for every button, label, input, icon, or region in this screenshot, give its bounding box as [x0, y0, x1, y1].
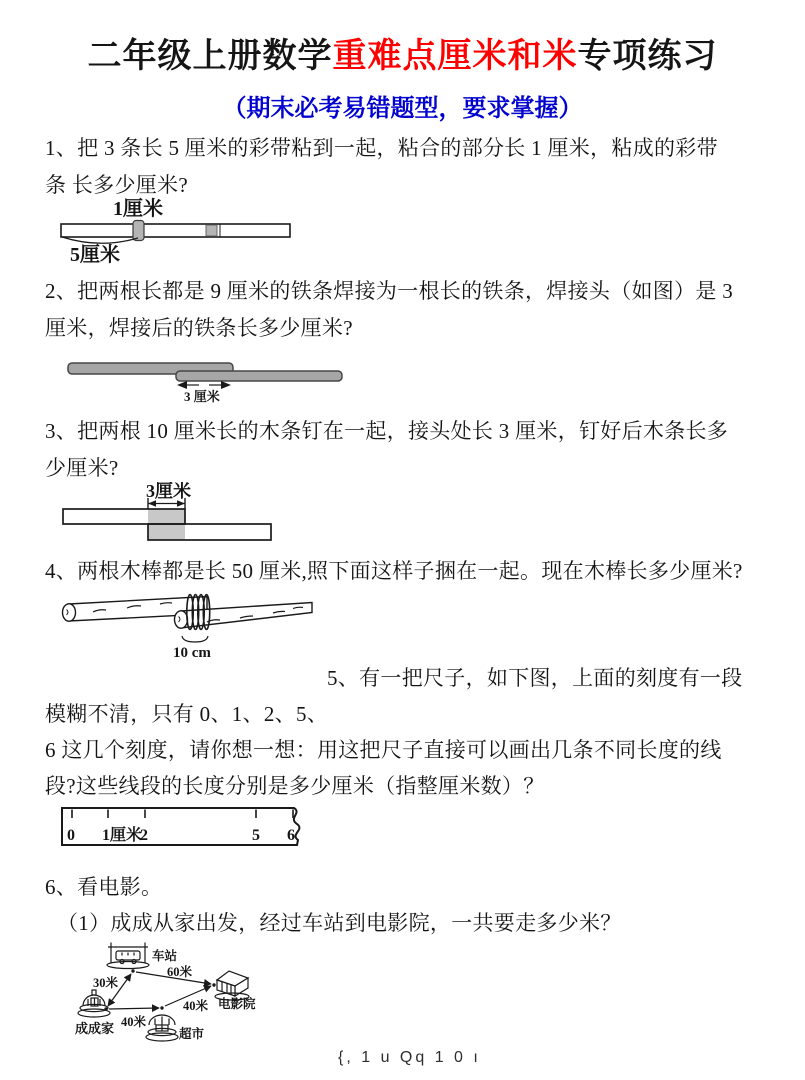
map-distance-market-cinema: 40米 — [183, 998, 209, 1013]
map-cinema-label: 电影院 — [218, 996, 256, 1011]
sticks-diagram: 10 cm — [55, 588, 415, 663]
q6-text-sub1: （1）成成从家出发，经过车站到电影院，一共要走多少米？ — [57, 909, 622, 937]
ribbon-diagram: 1厘米 5厘米 — [58, 197, 378, 271]
map-market-label: 超市 — [179, 1026, 205, 1041]
q2-text-line2: 厘米，焊接后的铁条长多少厘米? — [45, 314, 353, 342]
q3-text-line1: 3、把两根 10 厘米长的木条钉在一起，接头处长 3 厘米，钉好后木条长多 — [45, 417, 728, 445]
title-part-black2: 专项练习 — [578, 38, 718, 75]
ribbon-bottom-label: 5厘米 — [70, 242, 120, 266]
q5-text-line4: 段?这些线段的长度分别是多少厘米（指整厘米数）？ — [45, 772, 545, 800]
q1-text-line2: 条 长多少厘米? — [45, 171, 188, 199]
ribbon-top-label: 1厘米 — [113, 197, 163, 220]
map-diagram: 车站 电影院 成成家 超市 30米 60米 40米 40米 — [45, 938, 325, 1050]
q6-text-line1: 6、看电影。 — [45, 873, 162, 901]
bus-station-icon — [107, 943, 149, 969]
ribbon-bar — [61, 224, 290, 237]
ruler-tick-6: 6 — [287, 827, 295, 844]
cinema-icon — [215, 971, 249, 1000]
iron-bars-diagram: 3 厘米 — [60, 352, 370, 407]
title-part-red: 重难点厘米和米 — [333, 38, 578, 75]
worksheet-page: 二年级上册数学重难点厘米和米专项练习 （期末必考易错题型，要求掌握） 1、把 3… — [0, 0, 805, 1080]
sticks-overlap-label: 10 cm — [173, 645, 211, 661]
title-part-black1: 二年级上册数学 — [88, 38, 333, 75]
map-home-label: 成成家 — [75, 1021, 114, 1036]
map-distance-home-market: 40米 — [121, 1014, 147, 1029]
map-distance-station-cinema: 60米 — [167, 964, 193, 979]
ribbon-joint-1 — [133, 221, 144, 241]
arrow-left-icon — [177, 381, 187, 389]
page-title: 二年级上册数学重难点厘米和米专项练习 — [0, 28, 805, 77]
iron-bar-bottom — [176, 371, 342, 381]
home-icon — [78, 990, 110, 1017]
stick-right-end — [175, 611, 188, 628]
q2-text-line1: 2、把两根长都是 9 厘米的铁条焊接为一根长的铁条，焊接头（如图）是 3 — [45, 277, 733, 305]
ribbon-brace-arc — [62, 237, 138, 243]
q5-text-line2: 模糊不清，只有 0、1、2、5、 — [45, 700, 328, 728]
map-station-label: 车站 — [152, 948, 178, 963]
arrow-right-icon — [177, 500, 185, 506]
ruler-diagram: 0 1厘米 2 5 6 — [55, 803, 320, 855]
arrow-left-icon — [148, 500, 156, 506]
stick-left-end — [63, 604, 76, 621]
wood-joint-label: 3厘米 — [146, 482, 191, 501]
iron-joint-label: 3 厘米 — [184, 389, 220, 404]
q4-text-line1: 4、两根木棒都是长 50 厘米,照下面这样子捆在一起。现在木棒长多少厘米? — [45, 557, 743, 585]
ruler-tick-0: 0 — [67, 827, 75, 844]
q5-text-line1: 5、有一把尺子，如下图，上面的刻度有一段 — [327, 664, 743, 692]
q1-text-line1: 1、把 3 条长 5 厘米的彩带粘到一起，粘合的部分长 1 厘米，粘成的彩带 — [45, 134, 718, 162]
q5-text-line3: 6 这几个刻度，请你想一想：用这把尺子直接可以画出几条不同长度的线 — [45, 736, 722, 764]
ruler-tick-5: 5 — [252, 827, 260, 844]
map-distance-home-station: 30米 — [93, 975, 119, 990]
arrow-right-icon — [221, 381, 231, 389]
ribbon-joint-2 — [206, 225, 217, 236]
overlap-brace — [182, 636, 208, 642]
ruler-tick-2: 2 — [140, 827, 148, 844]
page-subtitle: （期末必考易错题型，要求掌握） — [0, 88, 805, 123]
scan-artifact-text: {, 1 u Qq 1 0 ı — [338, 1049, 481, 1067]
q3-text-line2: 少厘米? — [45, 454, 119, 482]
ruler-body — [62, 808, 299, 845]
market-icon — [146, 1015, 178, 1041]
ruler-tick-1: 1厘米 — [102, 825, 142, 844]
path-home-market — [109, 1008, 159, 1009]
wood-strips-diagram: 3厘米 — [60, 482, 320, 550]
